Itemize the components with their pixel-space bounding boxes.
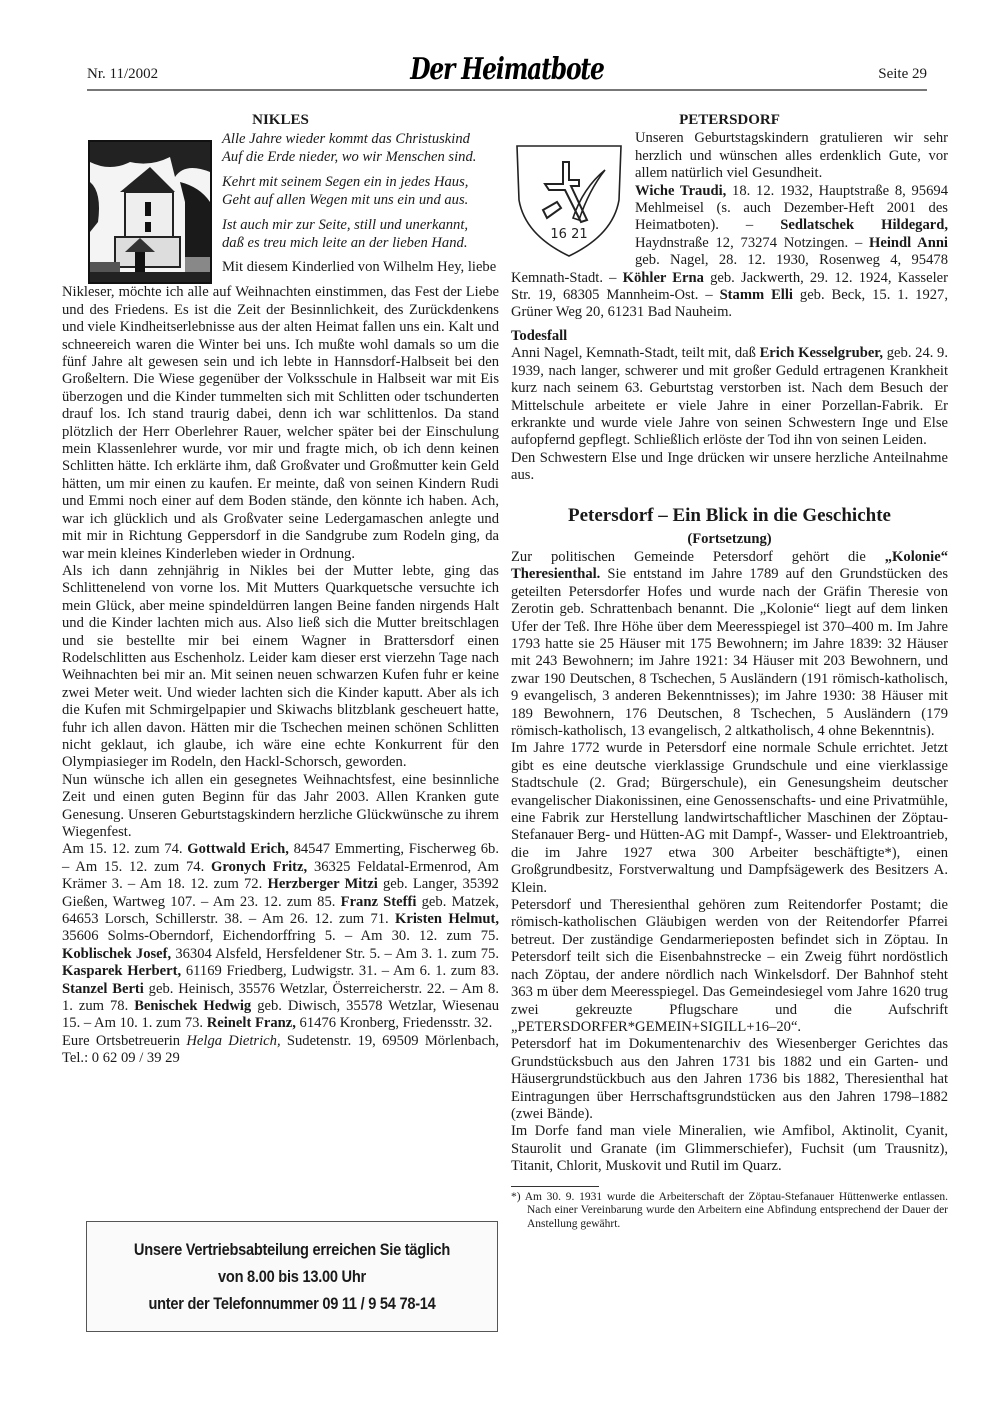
petersdorf-column: PETERSDORF 16 21 Unseren Geburtstagskind… <box>511 112 948 1231</box>
birthday-name: Kristen Helmut, <box>395 911 499 927</box>
history-text: Zur politischen Gemeinde Petersdorf gehö… <box>511 549 885 565</box>
birthday-address: 35606 Solms-Oberndorf, Eichendorffring 5… <box>62 928 361 944</box>
history-paragraph-2: Im Jahre 1772 wurde in Petersdorf eine n… <box>511 740 948 897</box>
notice-line-2: von 8.00 bis 13.00 Uhr <box>116 1263 469 1290</box>
death-notice-heading: Todesfall <box>511 328 948 345</box>
article-title: Petersdorf – Ein Blick in die Geschichte <box>511 505 948 527</box>
page-number: Seite 29 <box>878 66 927 83</box>
birthday-address: geb. Heinisch, 35576 Wetzlar, Österreich… <box>144 981 461 997</box>
nikles-paragraph-3: Nun wünsche ich allen ein gesegnetes Wei… <box>62 772 499 842</box>
birthday-name: Gronych Fritz, <box>211 859 307 875</box>
birthday-date: Am 23. 12. zum 85. <box>213 894 341 910</box>
history-paragraph-3: Petersdorf und Theresienthal gehören zum… <box>511 897 948 1036</box>
birthday-name: Köhler Erna <box>623 270 704 286</box>
history-paragraph-1: Zur politischen Gemeinde Petersdorf gehö… <box>511 549 948 740</box>
masthead-logo: Der Heimatbote <box>410 52 604 87</box>
poem-line: Alle Jahre wieder kommt das Christuskind <box>192 130 499 148</box>
birthday-address: 61169 Friedberg, Ludwigstr. 31. – <box>181 963 393 979</box>
birthday-date: Am 15. 12. zum 74. <box>62 841 187 857</box>
svg-text:16 21: 16 21 <box>550 227 587 242</box>
birthday-date: Am 6. 1. zum 83. <box>393 963 499 979</box>
poem-stanza: Kehrt mit seinem Segen ein in jedes Haus… <box>192 173 499 209</box>
signature-label: Eure Ortsbetreuerin <box>62 1033 186 1049</box>
page-header: Nr. 11/2002 Der Heimatbote Seite 29 <box>87 58 927 88</box>
birthday-date: Am 26. 12. zum 71. <box>262 911 395 927</box>
footnote: *) Am 30. 9. 1931 wurde die Arbeiterscha… <box>511 1191 948 1232</box>
poem-stanza: Alle Jahre wieder kommt das Christuskind… <box>192 130 499 166</box>
village-church-photo <box>88 140 212 284</box>
nikles-paragraph-2: Als ich dann zehnjährig in Nikles bei de… <box>62 563 499 772</box>
deceased-name: Erich Kesselgruber, <box>760 345 884 361</box>
birthday-name: Stanzel Berti <box>62 981 144 997</box>
issue-number: Nr. 11/2002 <box>87 66 158 83</box>
death-notice: Anni Nagel, Kemnath-Stadt, teilt mit, da… <box>511 345 948 449</box>
birthday-date: Am 30. 12. zum 75. <box>361 928 499 944</box>
birthday-name: Franz Steffi <box>341 894 417 910</box>
condolence: Den Schwestern Else und Inge drücken wir… <box>511 450 948 485</box>
birthday-name: Wiche Traudi, <box>635 183 726 199</box>
birthday-date: Am 18. 12. zum 72. <box>140 876 268 892</box>
birthday-address: 61476 Kronberg, Friedensstr. 32. <box>296 1015 492 1031</box>
birthday-name: Gottwald Erich, <box>187 841 289 857</box>
birthday-details: Haydnstraße 12, 73274 Notzingen. – <box>635 235 869 251</box>
birthday-name: Herzberger Mitzi <box>267 876 377 892</box>
nikles-birthdays: Am 15. 12. zum 74. Gottwald Erich, 84547… <box>62 841 499 1032</box>
signature-name: Helga Dietrich, <box>186 1033 280 1049</box>
signature: Eure Ortsbetreuerin Helga Dietrich, Sude… <box>62 1033 499 1068</box>
birthday-name: Kasparek Herbert, <box>62 963 181 979</box>
section-title-petersdorf: PETERSDORF <box>511 112 948 129</box>
notice-line-3: unter der Telefonnummer 09 11 / 9 54 78-… <box>116 1290 469 1317</box>
birthday-date: Am 3. 1. zum 75. <box>395 946 499 962</box>
birthday-name: Koblischek Josef, <box>62 946 171 962</box>
birthday-name: Stamm Elli <box>720 287 793 303</box>
history-paragraph-4: Petersdorf hat im Dokumentenarchiv des W… <box>511 1036 948 1123</box>
sales-department-notice: Unsere Vertriebsabteilung erreichen Sie … <box>86 1221 498 1332</box>
birthday-name: Reinelt Franz, <box>207 1015 296 1031</box>
article-subtitle: (Fortsetzung) <box>511 531 948 548</box>
death-notice-intro: Anni Nagel, Kemnath-Stadt, teilt mit, da… <box>511 345 760 361</box>
notice-line-1: Unsere Vertriebsabteilung erreichen Sie … <box>116 1236 469 1263</box>
birthday-date: Am 15. 12. zum 74. <box>75 859 211 875</box>
section-title-nikles: NIKLES <box>62 112 499 129</box>
birthday-address: 36304 Alsfeld, Hersfeldener Str. 5. – <box>171 946 395 962</box>
nikles-paragraph-1: Nikleser, möchte ich alle auf Weihnachte… <box>62 284 499 563</box>
poem-stanza: Ist auch mir zur Seite, still und unerka… <box>192 216 499 252</box>
birthday-name: Benischek Hedwig <box>134 998 251 1014</box>
header-rule <box>87 89 927 91</box>
poem-line: Kehrt mit seinem Segen ein in jedes Haus… <box>192 173 499 191</box>
birthday-name: Sedlatschek Hildegard, <box>780 217 948 233</box>
footnote-divider <box>511 1186 599 1187</box>
nikles-column: NIKLES Alle Jahre wieder kommt das Chris… <box>62 112 499 1068</box>
birthday-name: Heindl Anni <box>869 235 948 251</box>
poem-line: Ist auch mir zur Seite, still und unerka… <box>192 216 499 234</box>
poem-line: Geht auf allen Wegen mit uns ein und aus… <box>192 191 499 209</box>
history-text: Sie entstand im Jahre 1789 auf den Grund… <box>511 566 948 739</box>
poem: Alle Jahre wieder kommt das Christuskind… <box>192 130 499 252</box>
poem-line: Auf die Erde nieder, wo wir Menschen sin… <box>192 148 499 166</box>
petersdorf-coat-of-arms-icon: 16 21 <box>513 140 625 258</box>
history-paragraph-5: Im Dorfe fand man viele Mineralien, wie … <box>511 1123 948 1175</box>
birthday-date: Am 10. 1. zum 73. <box>94 1015 207 1031</box>
poem-line: daß es treu mich leite an der lieben Han… <box>192 234 499 252</box>
